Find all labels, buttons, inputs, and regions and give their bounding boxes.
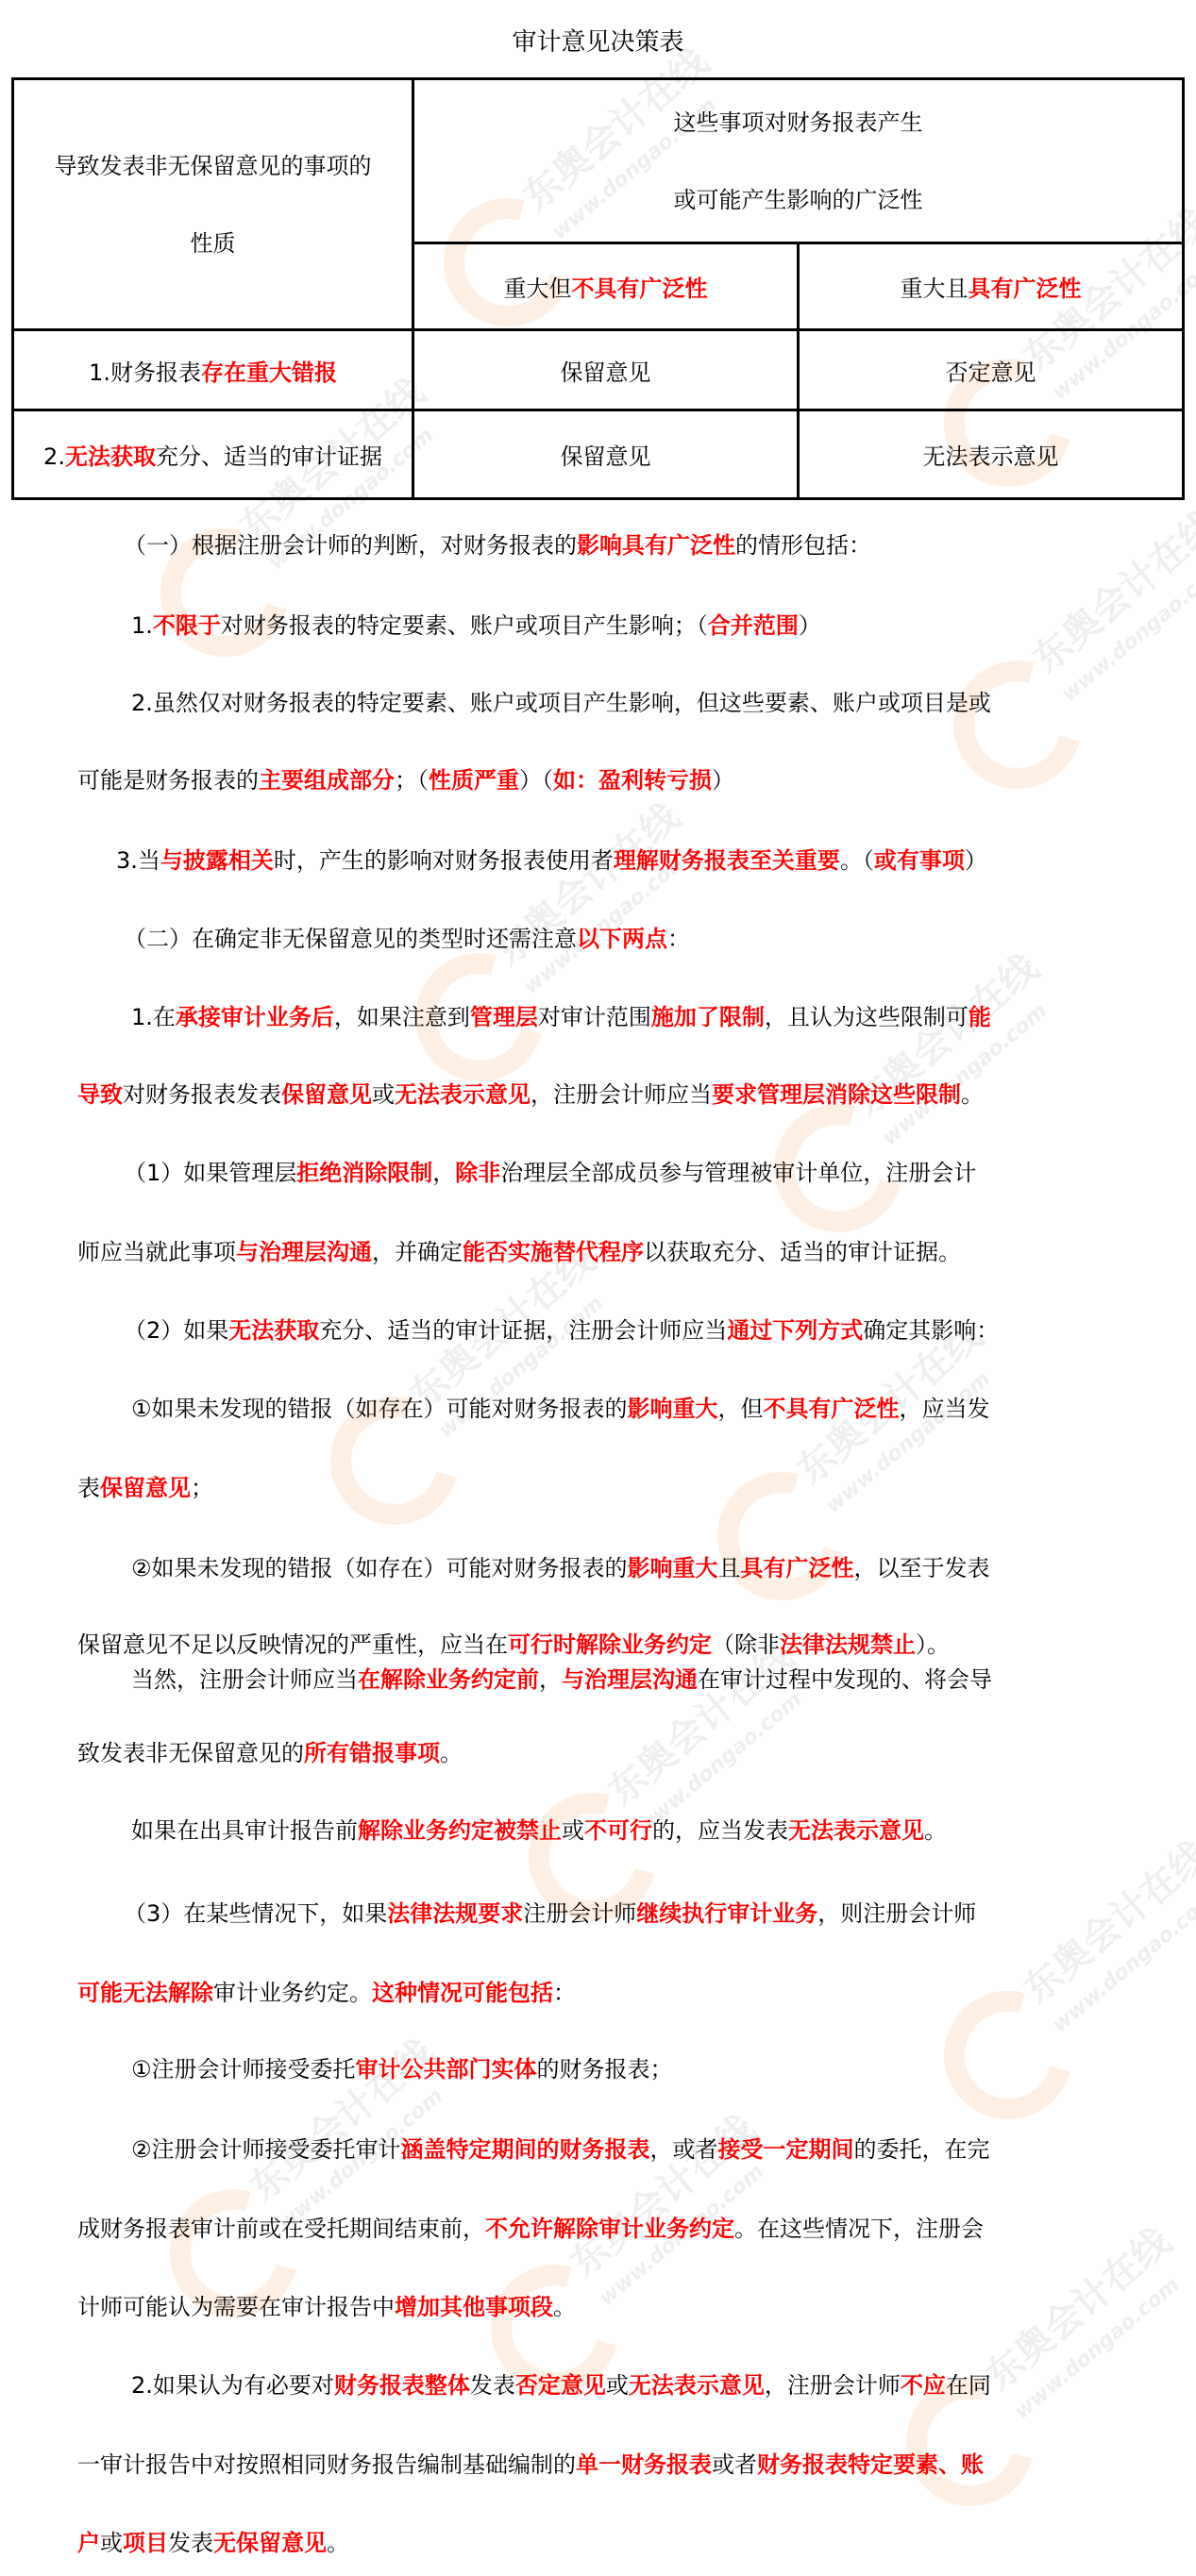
emphasis-text: 无法表示意见: [788, 1817, 924, 1844]
text-line: （1）如果管理层拒绝消除限制，除非治理层全部成员参与管理被审计单位，注册会计: [124, 1159, 976, 1187]
header-nature-line: 性质: [14, 205, 412, 282]
text-line: 1.不限于对财务报表的特定要素、账户或项目产生影响；（合并范围）: [131, 611, 821, 640]
body-text: 成财务报表审计前或在受托期间结束前，: [77, 2216, 485, 2242]
body-text: 1.: [131, 612, 153, 639]
body-text: ，或者: [650, 2136, 718, 2163]
table-row: 1.财务报表存在重大错报 保留意见 否定意见: [13, 330, 1184, 410]
body-text: （1）如果管理层: [124, 1160, 296, 1186]
text-line: ②注册会计师接受委托审计涵盖特定期间的财务报表，或者接受一定期间的委托，在完: [131, 2135, 990, 2164]
header-nature-line: 导致发表非无保留意见的事项的: [14, 127, 412, 205]
body-text: ；（: [395, 767, 429, 794]
header-pervasiveness-cell: 这些事项对财务报表产生 或可能产生影响的广泛性: [413, 79, 1184, 243]
body-text: ，应当发: [900, 1396, 990, 1422]
body-text: 。: [961, 1081, 984, 1108]
body-text: ：: [667, 926, 690, 952]
emphasis-text: 项目: [123, 2530, 168, 2556]
emphasis-text: 理解财务报表至关重要: [614, 847, 840, 874]
text-line: 导致对财务报表发表保留意见或无法表示意见，注册会计师应当要求管理层消除这些限制。: [77, 1080, 984, 1109]
row-nature-cell: 1.财务报表存在重大错报: [13, 330, 413, 410]
body-text: 3.当: [116, 847, 160, 874]
emphasis-text: 不具有广泛性: [572, 276, 708, 302]
emphasis-text: 无法获取: [228, 1317, 319, 1344]
text-line: 表保留意见；: [77, 1474, 213, 1502]
emphasis-text: 存在重大错报: [201, 360, 337, 386]
body-text: （2）如果: [124, 1317, 228, 1344]
body-text: 对财务报表的特定要素、账户或项目产生影响；（: [221, 612, 708, 639]
text-line: 保留意见不足以反映情况的严重性，应当在可行时解除业务约定（除非法律法规禁止）。: [77, 1631, 950, 1659]
body-text: （一）根据注册会计师的判断，对财务报表的: [124, 532, 577, 559]
emphasis-text: 除非: [455, 1160, 500, 1186]
cell-pervasive-opinion: 无法表示意见: [799, 410, 1184, 499]
text-line: （二）在确定非无保留意见的类型时还需注意以下两点：: [124, 925, 690, 953]
body-text: 表: [77, 1475, 100, 1501]
emphasis-text: 能否实施替代程序: [463, 1239, 644, 1265]
emphasis-text: 法律法规禁止: [780, 1631, 916, 1658]
body-text: （3）在某些情况下，如果: [124, 1900, 387, 1927]
body-text: ，则注册会计师: [817, 1900, 976, 1927]
emphasis-text: 不限于: [153, 612, 221, 639]
text-line: （2）如果无法获取充分、适当的审计证据，注册会计师应当通过下列方式确定其影响：: [124, 1316, 999, 1345]
body-text: 1.在: [131, 1004, 176, 1030]
body-text: 时，产生的影响对财务报表使用者: [274, 847, 614, 874]
body-text: 对审计范围: [538, 1004, 651, 1030]
text-line: 2.如果认为有必要对财务报表整体发表否定意见或无法表示意见，注册会计师不应在同: [131, 2371, 991, 2400]
body-text: 或: [100, 2530, 123, 2556]
body-text: 的情形包括：: [735, 532, 871, 559]
emphasis-text: 影响具有广泛性: [577, 532, 735, 559]
emphasis-text: 承接审计业务后: [176, 1004, 334, 1030]
body-text: 。: [327, 2530, 349, 2556]
text-line: 2.虽然仅对财务报表的特定要素、账户或项目产生影响，但这些要素、账户或项目是或: [131, 689, 991, 717]
body-text: ）: [799, 612, 821, 639]
emphasis-text: 财务报表整体: [334, 2372, 470, 2399]
emphasis-text: 涵盖特定期间的财务报表: [401, 2136, 650, 2163]
text-line: ②如果未发现的错报（如存在）可能对财务报表的影响重大且具有广泛性，以至于发表: [131, 1554, 990, 1582]
body-text: ：: [553, 1980, 576, 2006]
body-text: ，注册会计师应当: [531, 1081, 712, 1108]
body-text: 或: [606, 2372, 629, 2399]
emphasis-text: 能: [969, 1004, 991, 1030]
emphasis-text: 单一财务报表: [576, 2451, 712, 2478]
body-text: 。在这些情况下，注册会: [734, 2216, 984, 2242]
header-material-not-pervasive: 重大但不具有广泛性: [413, 243, 799, 330]
emphasis-text: 如：盈利转亏损: [553, 767, 712, 794]
emphasis-text: 增加其他事项段: [395, 2294, 553, 2320]
text-line: 如果在出具审计报告前解除业务约定被禁止或不可行的，应当发表无法表示意见。: [131, 1816, 947, 1845]
body-text: 在审计过程中发现的、将会导: [698, 1666, 992, 1693]
emphasis-text: 无保留意见: [213, 2530, 327, 2556]
emphasis-text: 在解除业务约定前: [358, 1666, 539, 1693]
emphasis-text: 不具有广泛性: [764, 1396, 900, 1422]
emphasis-text: 与治理层沟通: [236, 1239, 372, 1265]
emphasis-text: 财务报表特定要素、账: [757, 2451, 984, 2478]
body-text: 的财务报表；: [537, 2056, 673, 2083]
cell-pervasive-opinion: 否定意见: [799, 330, 1184, 410]
row-nature-cell: 2.无法获取充分、适当的审计证据: [13, 410, 413, 499]
body-text: 审计业务约定。: [213, 1980, 372, 2006]
body-text: ）。: [916, 1631, 950, 1658]
emphasis-text: 合并范围: [708, 612, 799, 639]
table-row: 2.无法获取充分、适当的审计证据 保留意见 无法表示意见: [13, 410, 1184, 499]
emphasis-text: 导致: [77, 1081, 123, 1108]
body-text: 2.如果认为有必要对: [131, 2372, 334, 2399]
body-text: ①如果未发现的错报（如存在）可能对财务报表的: [131, 1396, 628, 1422]
emphasis-text: 与披露相关: [160, 847, 274, 874]
emphasis-text: 无法表示意见: [395, 1081, 531, 1108]
text-line: 计师可能认为需要在审计报告中增加其他事项段。: [77, 2293, 576, 2321]
body-text: 。: [924, 1817, 947, 1844]
body-text: 。（: [840, 847, 874, 874]
body-text: 注册会计师: [523, 1900, 636, 1927]
emphasis-text: 影响重大: [628, 1396, 718, 1422]
emphasis-text: 以下两点: [577, 926, 667, 952]
emphasis-text: 无法获取: [65, 443, 156, 470]
body-text: 充分、适当的审计证据，注册会计师应当: [319, 1317, 727, 1344]
emphasis-text: 不应: [901, 2372, 946, 2399]
text-line: 可能无法解除审计业务约定。这种情况可能包括：: [77, 1979, 576, 2007]
body-text: 一审计报告中对按照相同财务报告编制基础编制的: [77, 2451, 576, 2478]
body-text: ，且认为这些限制可: [765, 1004, 969, 1030]
body-text: ①注册会计师接受委托: [131, 2056, 356, 2083]
emphasis-text: 具有广泛性: [741, 1555, 854, 1581]
body-text: ，: [539, 1666, 562, 1693]
emphasis-text: 不允许解除审计业务约定: [485, 2216, 734, 2242]
cell-not-pervasive-opinion: 保留意见: [413, 410, 799, 499]
text-line: （一）根据注册会计师的判断，对财务报表的影响具有广泛性的情形包括：: [124, 531, 871, 560]
emphasis-text: 具有广泛性: [969, 276, 1082, 302]
emphasis-text: 影响重大: [628, 1555, 718, 1581]
emphasis-text: 管理层: [470, 1004, 538, 1030]
text-line: （3）在某些情况下，如果法律法规要求注册会计师继续执行审计业务，则注册会计师: [124, 1899, 976, 1928]
emphasis-text: 法律法规要求: [387, 1900, 523, 1927]
body-text: 且: [718, 1555, 741, 1581]
text-line: 致发表非无保留意见的所有错报事项。: [77, 1739, 463, 1767]
body-text: ，: [432, 1160, 455, 1186]
body-text: 治理层全部成员参与管理被审计单位，注册会计: [500, 1160, 976, 1186]
body-text: 。: [553, 2294, 576, 2320]
body-text: 在同: [946, 2372, 991, 2399]
emphasis-text: 可能无法解除: [77, 1980, 213, 2006]
body-text: ，以至于发表: [854, 1555, 990, 1581]
body-text: 。: [440, 1740, 463, 1766]
body-text: 确定其影响：: [863, 1317, 999, 1344]
header-pervasiveness-line: 这些事项对财务报表产生: [414, 84, 1182, 161]
text-line: 1.在承接审计业务后，如果注意到管理层对审计范围施加了限制，且认为这些限制可能: [131, 1003, 991, 1031]
emphasis-text: 继续执行审计业务: [636, 1900, 817, 1927]
header-nature-cell: 导致发表非无保留意见的事项的 性质: [13, 79, 413, 330]
body-text: 或: [372, 1081, 395, 1108]
text-line: 可能是财务报表的主要组成部分；（性质严重）（如：盈利转亏损）: [77, 766, 734, 795]
emphasis-text: 或有事项: [874, 847, 965, 874]
emphasis-text: 保留意见: [281, 1081, 372, 1108]
body-text: 2.虽然仅对财务报表的特定要素、账户或项目产生影响，但这些要素、账户或项目是或: [131, 690, 991, 716]
body-text: 对财务报表发表: [123, 1081, 281, 1108]
emphasis-text: 保留意见: [100, 1475, 191, 1501]
text-line: 当然，注册会计师应当在解除业务约定前，与治理层沟通在审计过程中发现的、将会导: [131, 1665, 992, 1694]
page-title: 审计意见决策表: [0, 23, 1196, 58]
body-text: 的，应当发表: [652, 1817, 788, 1844]
text-line: 成财务报表审计前或在受托期间结束前，不允许解除审计业务约定。在这些情况下，注册会: [77, 2215, 984, 2243]
emphasis-text: 解除业务约定被禁止: [358, 1817, 562, 1844]
body-text: 如果在出具审计报告前: [131, 1817, 358, 1844]
emphasis-text: 拒绝消除限制: [296, 1160, 432, 1186]
emphasis-text: 要求管理层消除这些限制: [712, 1081, 961, 1108]
body-text: ，并确定: [372, 1239, 463, 1265]
emphasis-text: 可行时解除业务约定: [508, 1631, 712, 1658]
text-line: ①注册会计师接受委托审计公共部门实体的财务报表；: [131, 2055, 673, 2083]
body-text: 发表: [168, 2530, 213, 2556]
body-text: 可能是财务报表的: [77, 767, 259, 794]
body-text: 计师可能认为需要在审计报告中: [77, 2294, 395, 2320]
body-text: 或者: [712, 2451, 757, 2478]
cell-not-pervasive-opinion: 保留意见: [413, 330, 799, 410]
body-text: ）: [712, 767, 734, 794]
body-text: 以获取充分、适当的审计证据。: [644, 1239, 961, 1265]
body-text: ②如果未发现的错报（如存在）可能对财务报表的: [131, 1555, 628, 1581]
emphasis-text: 否定意见: [515, 2372, 606, 2399]
header-pervasiveness-line: 或可能产生影响的广泛性: [414, 161, 1182, 239]
body-text: ，如果注意到: [334, 1004, 470, 1030]
body-text: ，但: [718, 1396, 764, 1422]
emphasis-text: 所有错报事项: [304, 1740, 440, 1766]
body-text: （除非: [712, 1631, 780, 1658]
body-text: ）: [965, 847, 987, 874]
text-line: 户或项目发表无保留意见。: [77, 2529, 349, 2557]
body-text: 发表: [470, 2372, 515, 2399]
emphasis-text: 通过下列方式: [727, 1317, 863, 1344]
emphasis-text: 不可行: [584, 1817, 652, 1844]
body-text: ；: [191, 1475, 213, 1501]
body-text: ②注册会计师接受委托审计: [131, 2136, 401, 2163]
audit-opinion-decision-table: 导致发表非无保留意见的事项的 性质 这些事项对财务报表产生 或可能产生影响的广泛…: [11, 77, 1185, 500]
text-line: ①如果未发现的错报（如存在）可能对财务报表的影响重大，但不具有广泛性，应当发: [131, 1395, 990, 1423]
text-line: 3.当与披露相关时，产生的影响对财务报表使用者理解财务报表至关重要。（或有事项）: [116, 846, 987, 875]
body-text: 师应当就此事项: [77, 1239, 236, 1265]
emphasis-text: 主要组成部分: [259, 767, 395, 794]
body-text: 的委托，在完: [854, 2136, 990, 2163]
emphasis-text: 接受一定期间: [718, 2136, 854, 2163]
body-text: 或: [562, 1817, 584, 1844]
body-text: ，注册会计师: [765, 2372, 901, 2399]
body-text: 保留意见不足以反映情况的严重性，应当在: [77, 1631, 508, 1658]
header-material-pervasive: 重大且具有广泛性: [799, 243, 1184, 330]
body-text: （二）在确定非无保留意见的类型时还需注意: [124, 926, 577, 952]
body-text: 致发表非无保留意见的: [77, 1740, 304, 1766]
emphasis-text: 与治理层沟通: [562, 1666, 698, 1693]
emphasis-text: 审计公共部门实体: [356, 2056, 537, 2083]
emphasis-text: 户: [77, 2530, 100, 2556]
text-line: 一审计报告中对按照相同财务报告编制基础编制的单一财务报表或者财务报表特定要素、账: [77, 2451, 984, 2479]
emphasis-text: 性质严重: [429, 767, 519, 794]
emphasis-text: 这种情况可能包括: [372, 1980, 553, 2006]
body-text: ）（: [519, 767, 553, 794]
body-text: 当然，注册会计师应当: [131, 1666, 358, 1693]
emphasis-text: 无法表示意见: [629, 2372, 765, 2399]
emphasis-text: 施加了限制: [651, 1004, 765, 1030]
text-line: 师应当就此事项与治理层沟通，并确定能否实施替代程序以获取充分、适当的审计证据。: [77, 1238, 961, 1266]
